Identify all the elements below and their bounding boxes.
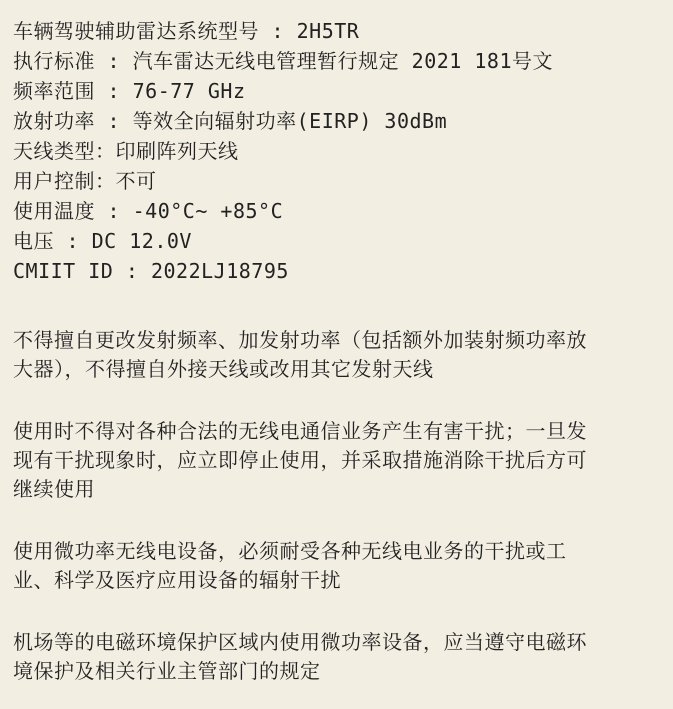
spec-line: 车辆驾驶辅助雷达系统型号 : 2H5TR	[13, 16, 659, 46]
spec-block: 车辆驾驶辅助雷达系统型号 : 2H5TR执行标准 : 汽车雷达无线电管理暂行规定…	[13, 16, 659, 286]
notice-line: 现有干扰现象时，应立即停止使用，并采取措施消除干扰后方可	[13, 446, 659, 475]
notice-line: 使用微功率无线电设备，必须耐受各种无线电业务的干扰或工	[13, 537, 659, 566]
notice-line: 业、科学及医疗应用设备的辐射干扰	[13, 566, 659, 595]
notice-paragraph: 不得擅自更改发射频率、加发射功率（包括额外加装射频功率放大器），不得擅自外接天线…	[13, 326, 659, 384]
notice-line: 使用时不得对各种合法的无线电通信业务产生有害干扰；一旦发	[13, 417, 659, 446]
notice-block: 不得擅自更改发射频率、加发射功率（包括额外加装射频功率放大器），不得擅自外接天线…	[13, 326, 659, 686]
notice-paragraph: 使用时不得对各种合法的无线电通信业务产生有害干扰；一旦发现有干扰现象时，应立即停…	[13, 417, 659, 504]
notice-paragraph: 机场等的电磁环境保护区域内使用微功率设备，应当遵守电磁环境保护及相关行业主管部门…	[13, 628, 659, 686]
spec-line: 执行标准 : 汽车雷达无线电管理暂行规定 2021 181号文	[13, 46, 659, 76]
notice-line: 继续使用	[13, 475, 659, 504]
regulatory-label-document: 车辆驾驶辅助雷达系统型号 : 2H5TR执行标准 : 汽车雷达无线电管理暂行规定…	[0, 0, 673, 709]
spec-line: 使用温度 : -40°C~ +85°C	[13, 196, 659, 226]
spec-line: 放射功率 : 等效全向辐射功率(EIRP) 30dBm	[13, 106, 659, 136]
spec-line: 用户控制：不可	[13, 166, 659, 196]
notice-line: 大器），不得擅自外接天线或改用其它发射天线	[13, 355, 659, 384]
spec-line: CMIIT ID : 2022LJ18795	[13, 256, 659, 286]
notice-line: 境保护及相关行业主管部门的规定	[13, 657, 659, 686]
spec-line: 频率范围 : 76-77 GHz	[13, 76, 659, 106]
notice-line: 不得擅自更改发射频率、加发射功率（包括额外加装射频功率放	[13, 326, 659, 355]
notice-line: 机场等的电磁环境保护区域内使用微功率设备，应当遵守电磁环	[13, 628, 659, 657]
spec-line: 电压 : DC 12.0V	[13, 226, 659, 256]
spec-line: 天线类型：印刷阵列天线	[13, 136, 659, 166]
notice-paragraph: 使用微功率无线电设备，必须耐受各种无线电业务的干扰或工业、科学及医疗应用设备的辐…	[13, 537, 659, 595]
